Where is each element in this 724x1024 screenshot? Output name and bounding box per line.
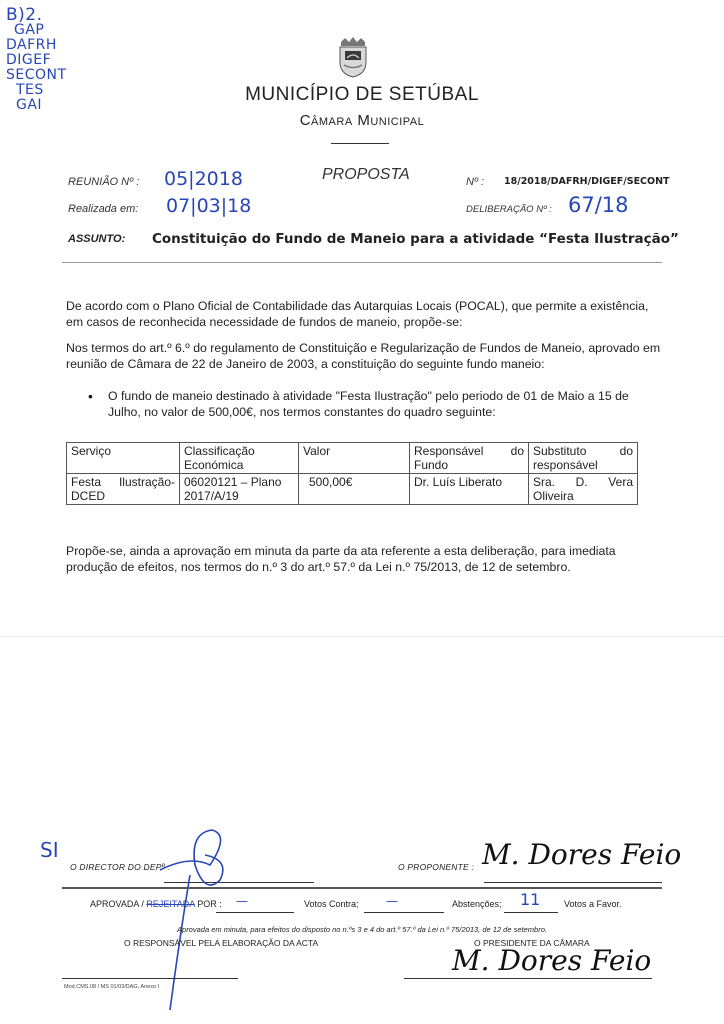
number-label: Nº : — [466, 176, 484, 188]
proposal-number: 18/2018/DAFRH/DIGEF/SECONT — [504, 176, 670, 187]
approved-label: APROVADA / — [90, 899, 146, 909]
annotation-line: DAFRH — [6, 38, 67, 53]
meeting-value: 05|2018 — [164, 168, 243, 190]
abstentions-value: — — [386, 894, 398, 908]
annotation-line: DIGEF — [6, 53, 67, 68]
annotation-line: SECONT — [6, 68, 67, 83]
annotation-line: B)2. — [6, 8, 67, 23]
approval-divider — [62, 887, 662, 891]
proponent-signature-line — [484, 882, 662, 883]
document-type: PROPOSTA — [322, 166, 410, 184]
table-row: Festa Ilustração-DCED 06020121 – Plano 2… — [67, 474, 638, 505]
approval-by-label: POR : — [195, 899, 222, 909]
director-signature-scribble — [150, 825, 240, 1015]
table-cell: 06020121 – Plano 2017/A/19 — [180, 474, 299, 505]
subject-divider — [62, 262, 662, 263]
table-cell: Festa Ilustração-DCED — [67, 474, 180, 505]
deliberation-value: 67/18 — [568, 193, 629, 217]
bullet-icon: • — [88, 388, 93, 404]
votes-favor-line — [504, 912, 558, 913]
approval-status: APROVADA / REJEITADA POR : — [90, 899, 222, 909]
form-code: Mod.CMS.08 / MS 01/03/DAG, Anexo I — [64, 984, 159, 990]
votes-against-line — [216, 912, 294, 913]
body-paragraph: Propõe-se, ainda a aprovação em minuta d… — [66, 543, 666, 575]
minutes-signature-line — [62, 978, 238, 979]
subject-title: Constituição do Fundo de Maneio para a a… — [152, 231, 679, 247]
meeting-label: REUNIÃO Nº : — [68, 176, 139, 188]
initials-note: SI — [40, 838, 59, 862]
table-header-cell: Classificação Económica — [180, 443, 299, 474]
table-cell: Sra. D. Vera Oliveira — [529, 474, 638, 505]
table-header-row: Serviço Classificação Económica Valor Re… — [67, 443, 638, 474]
fund-table: Serviço Classificação Económica Valor Re… — [66, 442, 638, 505]
proponent-signature: M. Dores Feio — [482, 838, 681, 871]
held-date-value: 07|03|18 — [166, 195, 251, 217]
table-header-cell: Valor — [299, 443, 410, 474]
votes-against-label: Votos Contra; — [304, 899, 359, 909]
table-cell: Dr. Luís Liberato — [410, 474, 529, 505]
abstentions-label: Abstenções; — [452, 899, 502, 909]
table-header-cell: Responsável do Fundo — [410, 443, 529, 474]
header-divider — [331, 143, 389, 144]
approval-footnote: Aprovada em minuta, para efeitos do disp… — [0, 925, 724, 934]
president-signature-line — [404, 978, 652, 979]
subject-label: ASSUNTO: — [68, 233, 125, 245]
body-paragraph: Nos termos do art.º 6.º do regulamento d… — [66, 340, 666, 372]
annotation-line: GAP — [6, 23, 67, 38]
municipal-coat-of-arms-icon — [336, 36, 370, 78]
table-cell: 500,00€ — [299, 474, 410, 505]
municipality-name: MUNICÍPIO DE SETÚBAL — [0, 84, 724, 106]
body-bullet-item: O fundo de maneio destinado à atividade … — [108, 388, 664, 420]
president-signature: M. Dores Feio — [452, 944, 651, 977]
proponent-label: O PROPONENTE : — [398, 862, 474, 872]
deliberation-label: DELIBERAÇÃO Nº : — [466, 204, 552, 215]
rejected-label: REJEITADA — [146, 899, 194, 909]
votes-favor-label: Votos a Favor. — [564, 899, 622, 909]
votes-against-value: — — [236, 894, 248, 908]
table-header-cell: Serviço — [67, 443, 180, 474]
body-paragraph: De acordo com o Plano Oficial de Contabi… — [66, 298, 666, 330]
chamber-name: Câmara Municipal — [0, 112, 724, 129]
page-divider — [0, 636, 724, 637]
votes-favor-value: 11 — [520, 890, 540, 909]
held-label: Realizada em: — [68, 203, 138, 215]
table-header-cell: Substituto do responsável — [529, 443, 638, 474]
minutes-responsible-label: O RESPONSÁVEL PELA ELABORAÇÃO DA ACTA — [124, 938, 318, 948]
abstentions-line — [364, 912, 444, 913]
